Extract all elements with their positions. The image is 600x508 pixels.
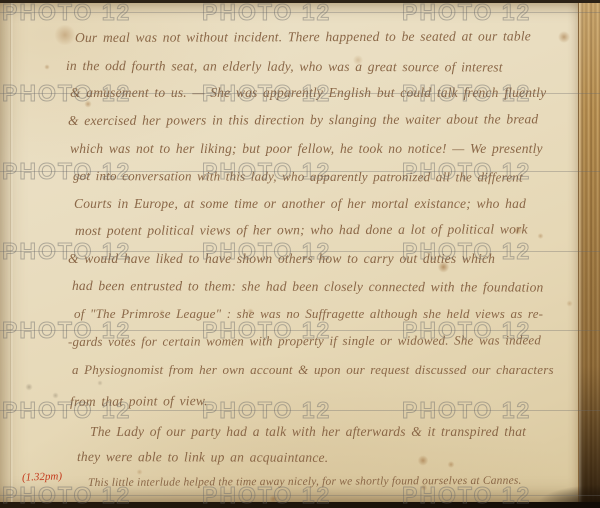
manuscript-line: -gards votes for certain women with prop…	[68, 331, 541, 351]
manuscript-line: This little interlude helped the time aw…	[88, 472, 522, 492]
manuscript-line: a Physiognomist from her own account & u…	[72, 361, 554, 379]
manuscript-line: of "The Primrose League" : she was no Su…	[74, 305, 543, 323]
manuscript-line: most potent political views of her own; …	[75, 220, 528, 240]
manuscript-line: got into conversation with this lady, wh…	[73, 167, 523, 187]
manuscript-line: & amusement to us. — She was apparently …	[70, 84, 546, 102]
manuscript-line: from that point of view.	[70, 392, 208, 411]
manuscript-line: Courts in Europe, at some time or anothe…	[74, 195, 526, 213]
scanned-diary-page: Our meal was not without incident. There…	[0, 0, 600, 508]
manuscript-line: they were able to link up an acquaintanc…	[77, 448, 328, 467]
photo-border-top	[0, 0, 600, 3]
manuscript-line: & would have liked to have shown others …	[68, 250, 495, 268]
binding-crease	[10, 3, 13, 502]
book-fore-edge	[578, 0, 600, 508]
photo-border-bottom	[0, 502, 600, 508]
time-margin-note: (1.32pm)	[22, 470, 62, 483]
manuscript-line: Our meal was not without incident. There…	[75, 27, 531, 47]
manuscript-line: The Lady of our party had a talk with he…	[90, 423, 526, 441]
manuscript-line: which was not to her liking; but poor fe…	[70, 140, 543, 158]
manuscript-line: in the odd fourth seat, an elderly lady,…	[66, 57, 503, 77]
manuscript-line: had been entrusted to them: she had been…	[72, 277, 544, 297]
manuscript-line: & exercised her powers in this direction…	[68, 110, 538, 130]
album-page: Our meal was not without incident. There…	[0, 3, 580, 502]
